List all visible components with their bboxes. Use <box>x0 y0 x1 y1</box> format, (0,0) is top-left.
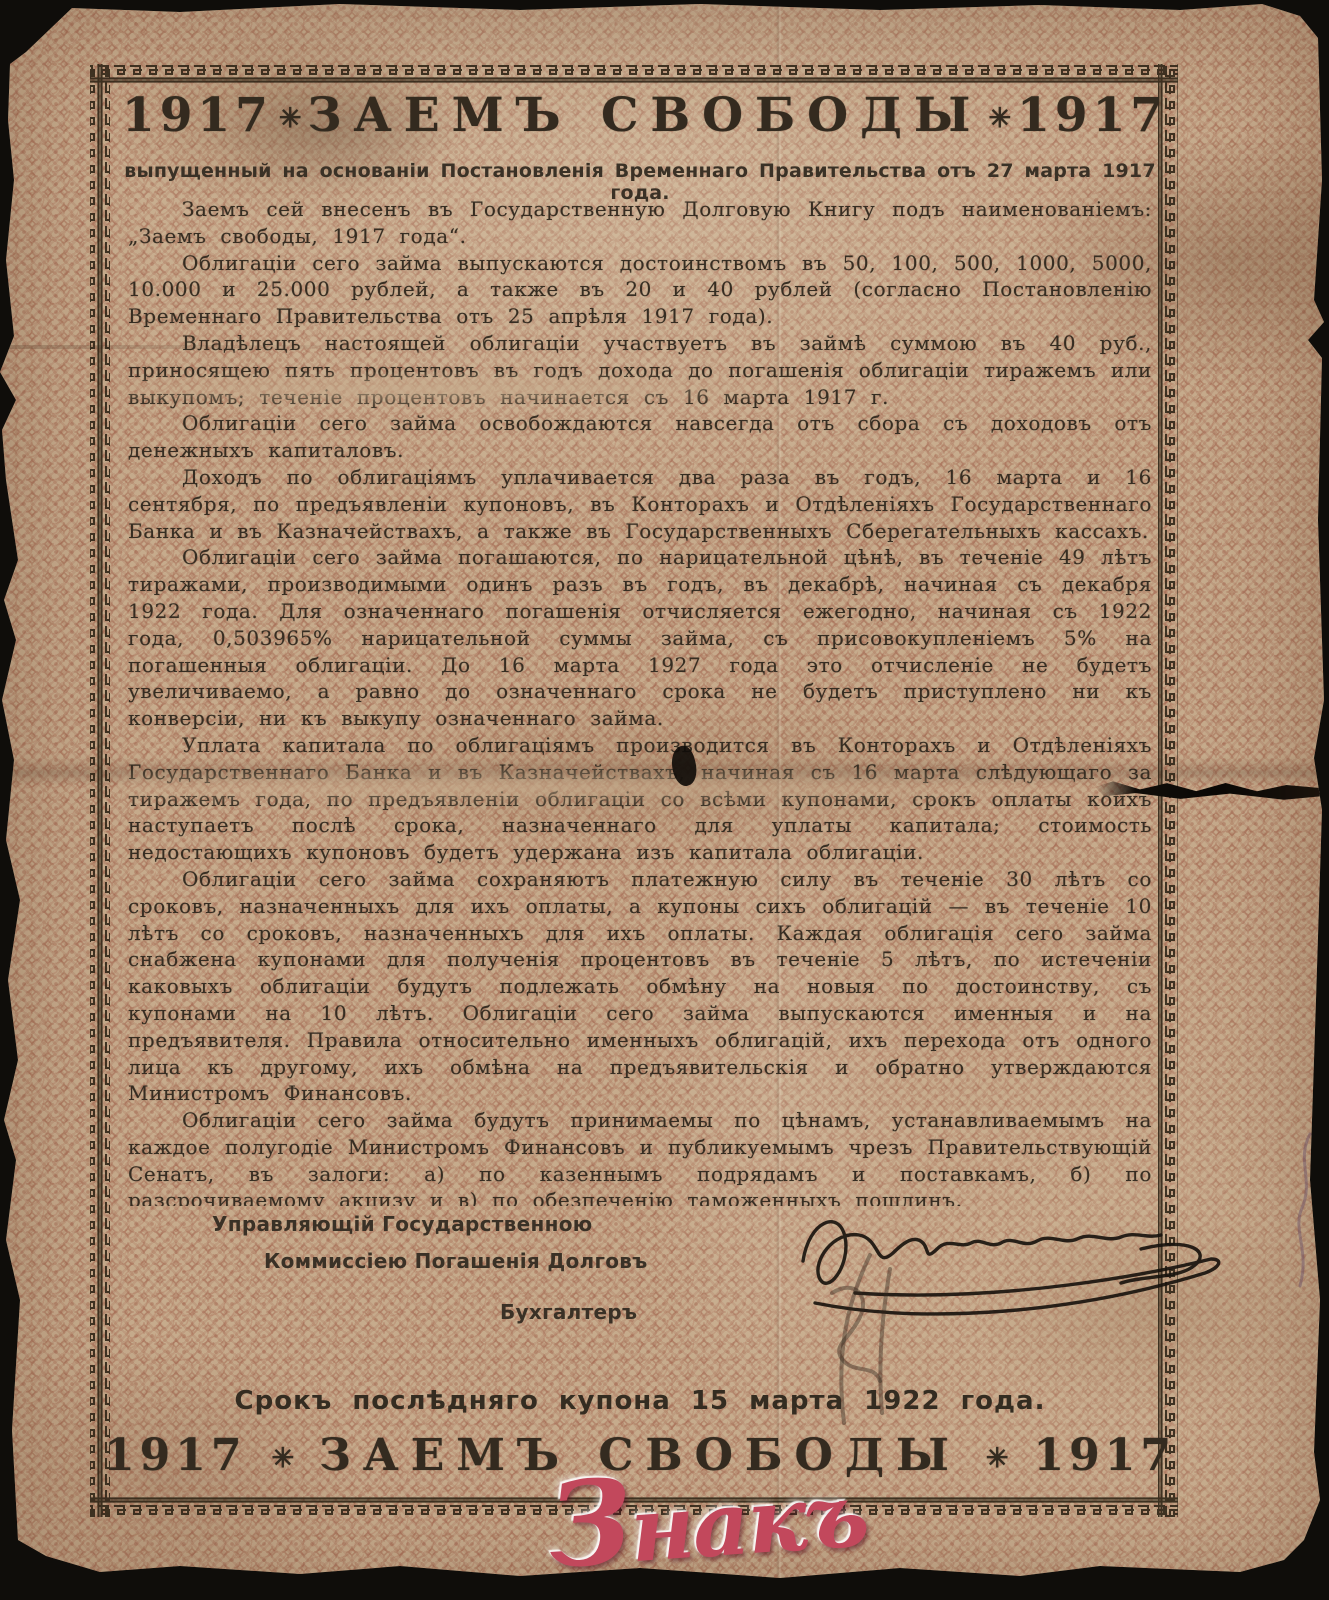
star-separator-icon: ✳ <box>986 1443 1009 1474</box>
footer-year-right: 1917 <box>1034 1430 1176 1481</box>
star-separator-icon: ✳ <box>988 103 1011 134</box>
bond-paragraph: Облигаціи сего займа погашаются, по нари… <box>128 544 1152 732</box>
bond-paragraph: Облигаціи сего займа сохраняютъ платежну… <box>128 866 1152 1107</box>
bond-paragraph: Облигаціи сего займа выпускаются достоин… <box>128 250 1152 330</box>
star-separator-icon: ✳ <box>279 103 302 134</box>
bond-terms-text: Заемъ сей внесенъ въ Государственную Дол… <box>128 196 1152 1206</box>
bond-scan: 1917 ✳ ЗАЕМЪ СВОБОДЫ ✳ 1917 выпущенный н… <box>0 0 1329 1600</box>
footer-year-left: 1917 <box>104 1430 246 1481</box>
manager-title-line2: Коммиссіею Погашенія Долговъ <box>264 1249 648 1273</box>
bond-paper: 1917 ✳ ЗАЕМЪ СВОБОДЫ ✳ 1917 выпущенный н… <box>0 0 1329 1600</box>
bond-paragraph: Заемъ сей внесенъ въ Государственную Дол… <box>128 196 1152 250</box>
star-separator-icon: ✳ <box>272 1443 295 1474</box>
bond-paragraph: Владѣлецъ настоящей облигаціи участвуетъ… <box>128 330 1152 410</box>
bond-paragraph: Доходъ по облигаціямъ уплачивается два р… <box>128 464 1152 544</box>
bond-paragraph: Облигаціи сего займа будутъ принимаемы п… <box>128 1107 1152 1206</box>
znak-watermark: Знакъ <box>544 1437 871 1595</box>
document-title: 1917 ✳ ЗАЕМЪ СВОБОДЫ ✳ 1917 <box>122 88 1168 143</box>
bond-paragraph: Уплата капитала по облигаціямъ производи… <box>128 732 1152 866</box>
last-coupon-line: Срокъ послѣдняго купона 15 марта 1922 го… <box>128 1386 1152 1416</box>
pen-scribble-mark <box>1288 1130 1320 1290</box>
bond-paragraph: Облигаціи сего займа освобождаются навсе… <box>128 410 1152 464</box>
accountant-label: Бухгалтеръ <box>500 1300 637 1324</box>
title-text: ЗАЕМЪ СВОБОДЫ <box>308 88 983 143</box>
manager-title-line1: Управляющій Государственною <box>212 1212 593 1236</box>
title-year-left: 1917 <box>122 88 273 143</box>
title-year-right: 1917 <box>1017 88 1168 143</box>
